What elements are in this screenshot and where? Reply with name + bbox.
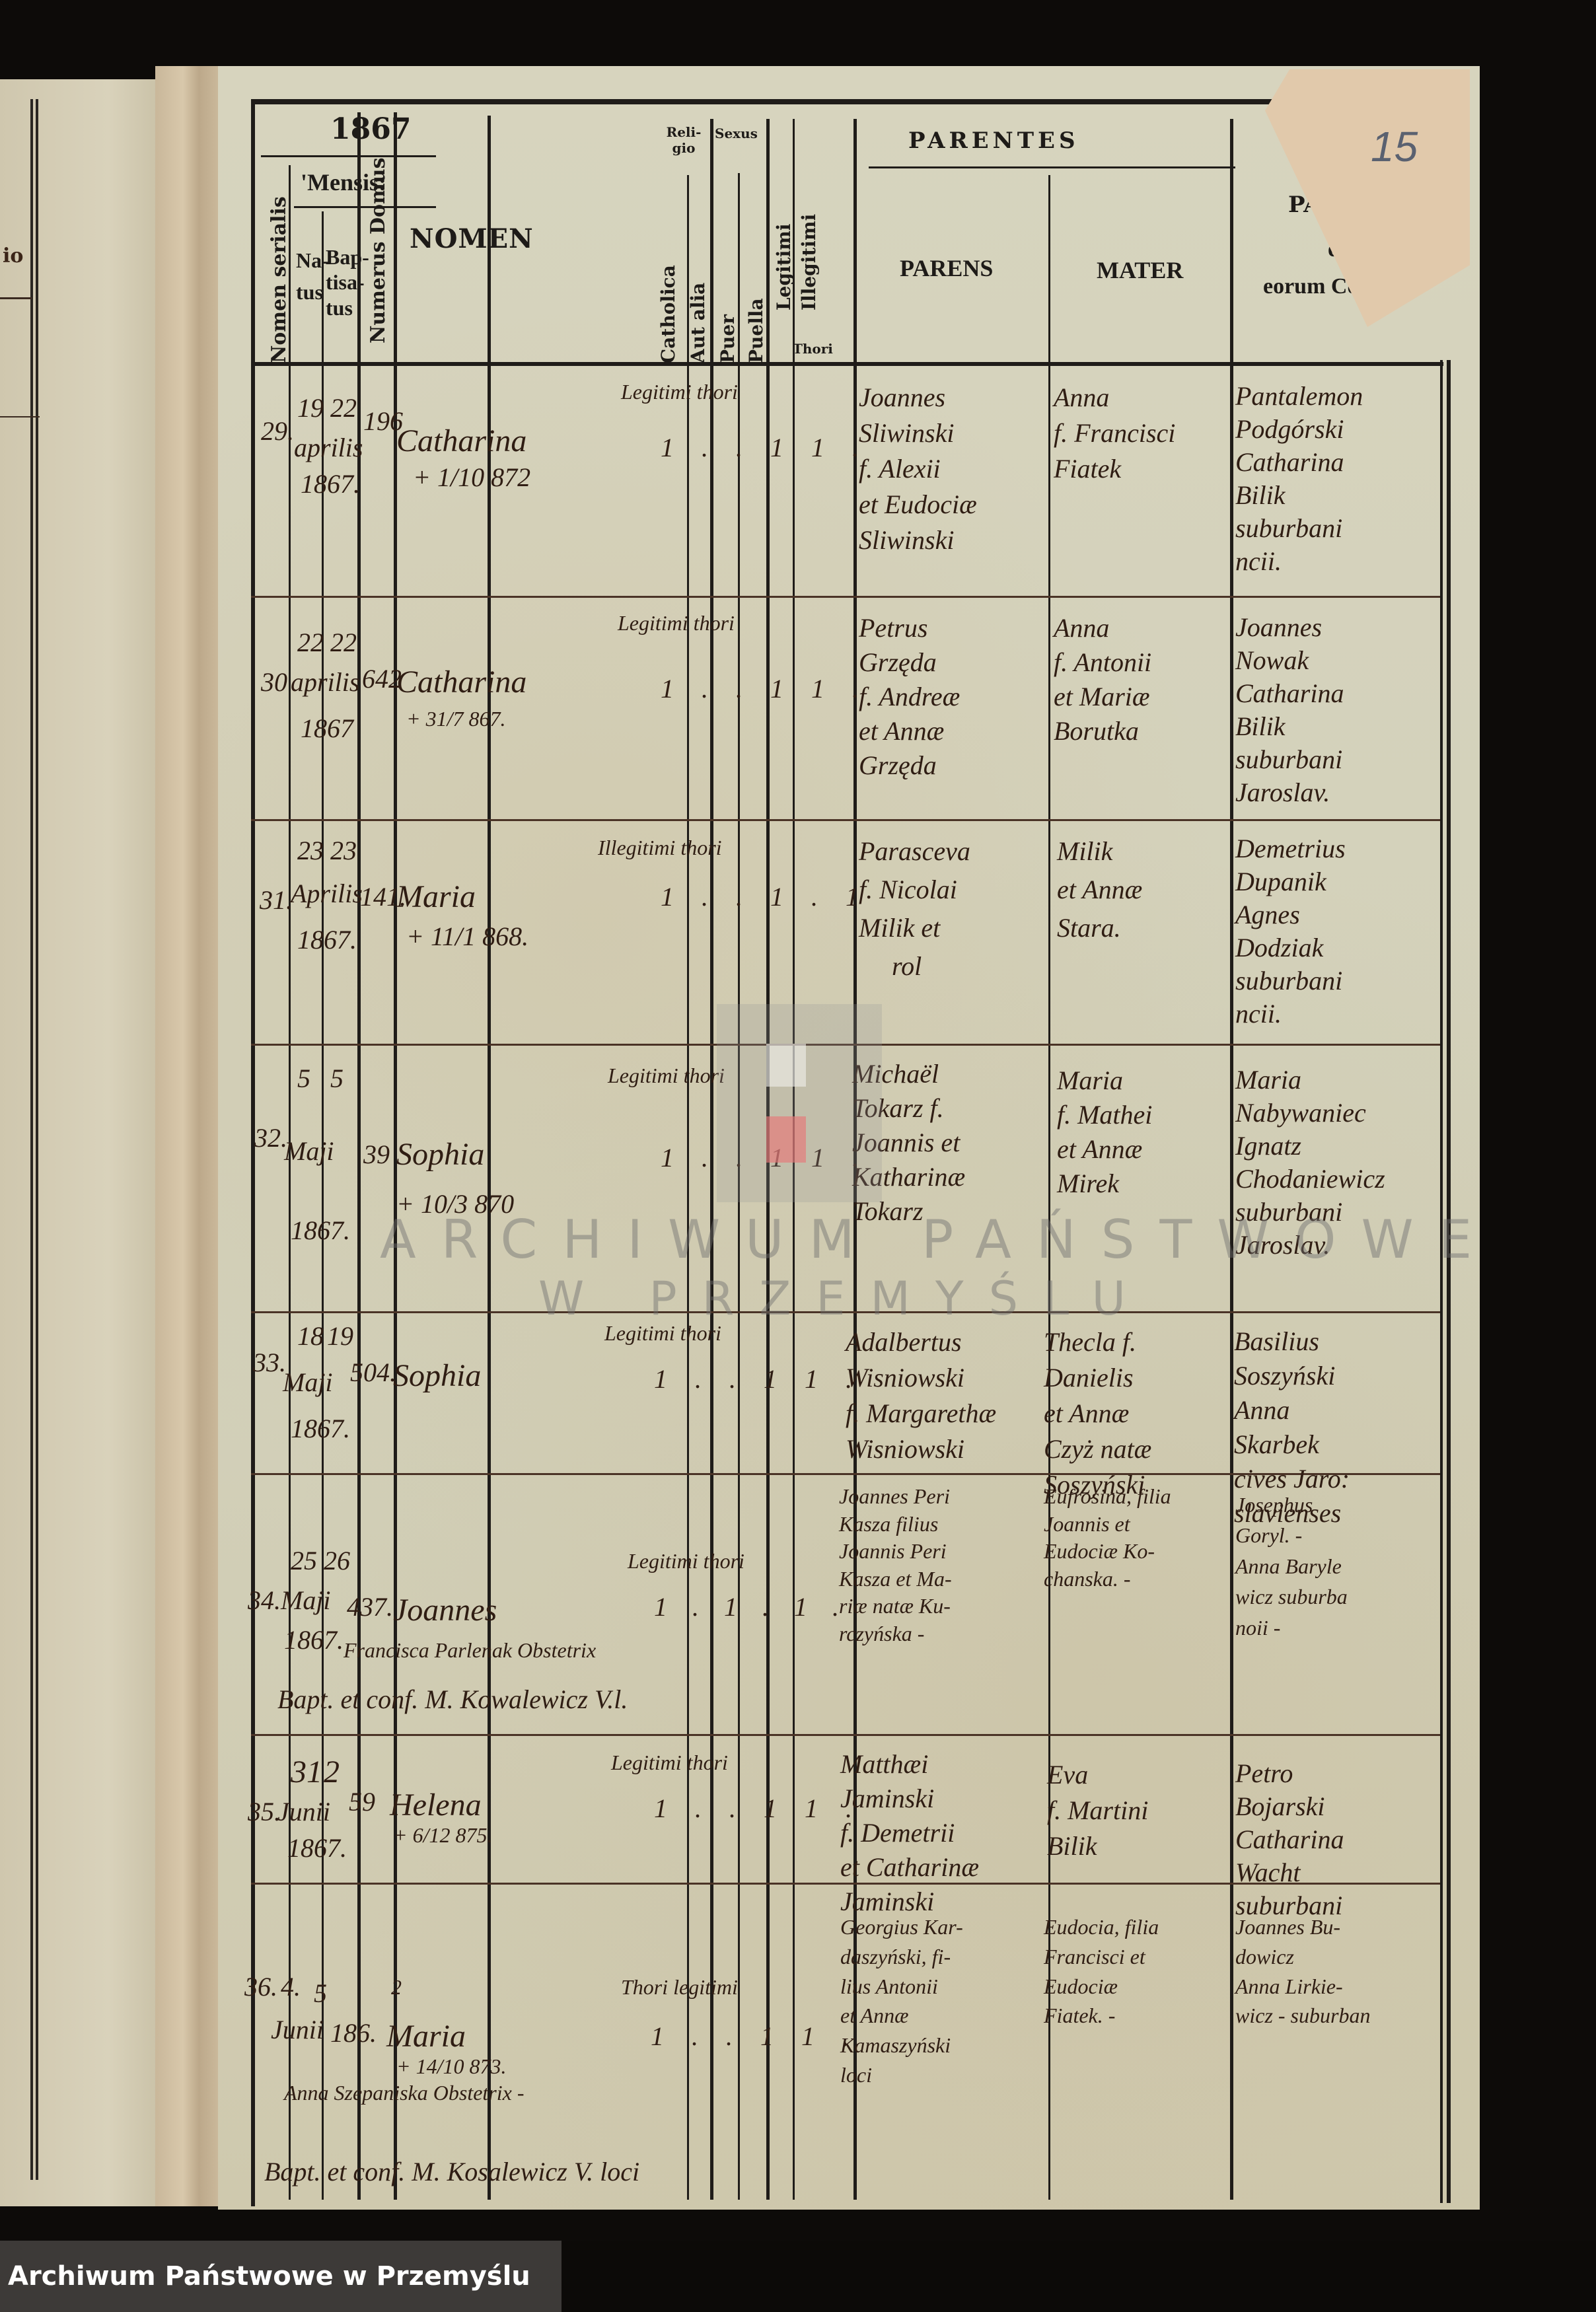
entry-death-note: + 6/12 875. (393, 1823, 492, 1848)
entry-year: 1867 (301, 713, 353, 744)
header-parentes: PARENTES (908, 127, 1079, 154)
parens-line: Wisniowski (846, 1360, 996, 1396)
entry-natus-day: 25 (291, 1546, 317, 1576)
entry-parens: Joannes Peri Kasza filius Joannis Peri K… (839, 1483, 952, 1648)
archive-footer-bar: Archiwum Państwowe w Przemyślu (0, 2241, 562, 2312)
header-mensis-rule (294, 206, 436, 208)
page-number: 15 (1371, 122, 1418, 171)
parens-line: daszyński, fi- (840, 1942, 963, 1972)
entry-serial: 30 (261, 667, 287, 698)
entry-mater: Eufrosina, filia Joannis et Eudociæ Ko- … (1044, 1483, 1171, 1593)
entry-baptism-note: Bapt. et conf. M. Kosalewicz V. loci (264, 2157, 639, 2187)
mater-line: Mirek (1057, 1167, 1152, 1201)
parens-line: Georgius Kar- (840, 1912, 963, 1942)
entry-marks: 1 . 1 . 1 . (654, 1592, 848, 1622)
col-rule (1230, 119, 1233, 2200)
entry-year: 1867. (297, 925, 357, 955)
mater-line: Fiatek (1054, 451, 1175, 487)
patrini-line: suburbani (1235, 964, 1346, 997)
entry-baptisatus-day: 5 (330, 1064, 344, 1094)
mater-line: Danielis (1044, 1360, 1151, 1396)
col-rule (687, 175, 689, 2200)
entry-domus: 642 (362, 664, 402, 694)
entry-death-note: + 31/7 867. (406, 707, 505, 731)
entry-marks: 1 . . 1 1 . (651, 2021, 859, 2052)
entry-serial: 34. (248, 1585, 281, 1616)
parens-line: et Annæ (840, 2001, 963, 2031)
patrini-line: Basilius (1234, 1324, 1350, 1359)
entry-thori: Legitimi thori (608, 1064, 725, 1088)
mater-line: Thecla f. (1044, 1324, 1151, 1360)
mater-line: et Annæ (1044, 1396, 1151, 1431)
header-nomen: NOMEN (410, 223, 534, 254)
entry-parens: Petrus Grzęda f. Andreæ et Annæ Grzęda (859, 611, 960, 783)
patrini-line: Maria (1235, 1064, 1385, 1097)
header-thori: Thori (793, 341, 833, 357)
row-separator (251, 1734, 1440, 1736)
watermark-logo-gray (717, 1004, 882, 1202)
patrini-line: wicz suburba (1235, 1581, 1348, 1612)
entry-serial: 29. (261, 416, 294, 447)
header-aut-alia: Aut alia (687, 258, 709, 363)
watermark-line-1: ARCHIWUM PAŃSTWOWE (380, 1209, 1497, 1270)
patrini-line: Soszyński (1234, 1359, 1350, 1393)
entry-parens: Adalbertus Wisniowski f. Margarethæ Wisn… (846, 1324, 996, 1467)
mater-line: f. Antonii (1054, 645, 1151, 680)
entry-marks: 1 . . 1 1 . (661, 433, 869, 463)
parens-line: Joannis Peri (839, 1538, 952, 1566)
entry-patrini: Petro Bojarski Catharina Wacht suburbani (1235, 1757, 1344, 1922)
entry-marks: 1 . . 1 1 . (661, 674, 869, 704)
patrini-line: Dupanik (1235, 865, 1346, 898)
parens-line: rczyńska - (839, 1620, 952, 1648)
parens-line: lius Antonii (840, 1972, 963, 2002)
patrini-line: Anna Lirkie- (1235, 1972, 1370, 2002)
mater-line: Eva (1047, 1757, 1148, 1793)
parens-line: Kasza et Ma- (839, 1566, 952, 1593)
watermark-logo-red (766, 1116, 806, 1163)
entry-parens: Parasceva f. Nicolai Milik et rol (859, 832, 970, 986)
entry-parens: Georgius Kar- daszyński, fi- lius Antoni… (840, 1912, 963, 2090)
patrini-line: Skarbek (1234, 1427, 1350, 1462)
parens-line: Sliwinski (859, 523, 977, 558)
entry-mater: Eudocia, filia Francisci et Eudociæ Fiat… (1044, 1912, 1159, 2031)
patrini-line: Dodziak (1235, 931, 1346, 964)
patrini-line: Wacht (1235, 1856, 1344, 1889)
patrini-line: Ignatz (1235, 1130, 1385, 1163)
mater-line: Fiatek. - (1044, 2001, 1159, 2031)
patrini-line: Jaroslav. (1235, 776, 1344, 809)
entry-natus-day: 19 (297, 393, 324, 423)
mater-line: et Annæ (1057, 871, 1142, 909)
entry-baptism-note: Bapt. et conf. M. Kowalewicz V.l. (277, 1684, 628, 1715)
patrini-line: dowicz (1235, 1942, 1370, 1972)
header-catholica: Catholica (657, 238, 679, 363)
parens-line: rol (859, 947, 970, 986)
patrini-line: Agnes (1235, 898, 1346, 931)
patrini-line: Anna Baryle (1235, 1551, 1348, 1581)
header-year-rule (261, 155, 436, 157)
header-legitimi: Legitimi (773, 198, 795, 310)
entry-nomen: Sophia (393, 1357, 481, 1394)
parens-line: riæ natæ Ku- (839, 1593, 952, 1620)
header-bottom-rule (254, 362, 1443, 366)
patrini-line: Petro (1235, 1757, 1344, 1790)
entry-year: 1867. (301, 469, 360, 499)
entry-thori: Thori legitimi (621, 1975, 738, 2000)
entry-serial: 35. (248, 1797, 281, 1827)
parens-line: Sliwinski (859, 415, 977, 451)
entry-death-note: + 11/1 868. (406, 921, 528, 952)
entry-mater: Milik et Annæ Stara. (1057, 832, 1142, 947)
parens-line: loci (840, 2060, 963, 2090)
mater-line: f. Francisci (1054, 415, 1175, 451)
entry-thori: Legitimi thori (618, 611, 735, 635)
mater-line: Maria (1057, 1064, 1152, 1098)
parens-line: Joannes (859, 380, 977, 415)
entry-midwife-note: Francisca Parlenak Obstetrix (344, 1638, 596, 1663)
entry-month: Maji (281, 1585, 331, 1616)
entry-mater: Thecla f. Danielis et Annæ Czyż natæ Sos… (1044, 1324, 1151, 1503)
header-puer: Puer (717, 297, 739, 363)
entry-death-note: + 14/10 873. (396, 2054, 506, 2079)
entry-marks: 1 . . 1 1 . (654, 1364, 863, 1394)
entry-serial: 32. (254, 1123, 287, 1153)
mater-line: Bilik (1047, 1828, 1148, 1864)
patrini-line: Demetrius (1235, 832, 1346, 865)
entry-death-note: + 1/10 872 (413, 462, 530, 493)
parens-line: f. Alexii (859, 451, 977, 487)
parens-line: Wisniowski (846, 1431, 996, 1467)
patrini-line: Bojarski (1235, 1790, 1344, 1823)
parens-line: Matthæi (840, 1747, 979, 1782)
mater-line: Francisci et (1044, 1942, 1159, 1972)
patrini-line: Joannes (1235, 611, 1344, 644)
entry-year: 1867. (284, 1625, 344, 1655)
header-mater: MATER (1097, 256, 1183, 284)
patrini-line: Anna (1234, 1393, 1350, 1427)
row-separator (251, 596, 1440, 598)
parens-line: Milik et (859, 909, 970, 947)
previous-page-header-fragment: io (3, 244, 23, 268)
patrini-line: ncii. (1235, 545, 1363, 578)
parens-line: f. Demetrii (840, 1816, 979, 1850)
header-numerus-domus: Numerus Domus (367, 145, 390, 343)
entry-baptisatus-day: 23 (330, 836, 357, 866)
parens-line: Jaminski (840, 1782, 979, 1816)
entry-thori: Legitimi thori (628, 1549, 744, 1573)
mater-line: f. Martini (1047, 1793, 1148, 1828)
patrini-line: Chodaniewicz (1235, 1163, 1385, 1196)
mater-line: Milik (1057, 832, 1142, 871)
header-religio: Reli- gio (661, 124, 707, 156)
parens-line: Grzęda (859, 748, 960, 783)
entry-month: Maji (284, 1136, 334, 1167)
patrini-line: Nowak (1235, 644, 1344, 677)
entry-thori: Legitimi thori (611, 1751, 728, 1775)
entry-domus: 504. (350, 1357, 396, 1388)
mater-line: chanska. - (1044, 1566, 1171, 1593)
entry-month: Maji (283, 1367, 333, 1398)
mater-line: Eudociæ Ko- (1044, 1538, 1171, 1566)
parens-line: Kamaszyński (840, 2031, 963, 2060)
entry-parens: Joannes Sliwinski f. Alexii et Eudociæ S… (859, 380, 977, 558)
entry-serial: 33. (253, 1348, 286, 1378)
entry-baptisatus-day: 5 (314, 1978, 327, 2009)
entry-nomen: Maria (396, 879, 476, 915)
parens-line: Parasceva (859, 832, 970, 871)
col-rule (357, 112, 361, 2200)
entry-month: aprilis (294, 433, 363, 463)
entry-year: 1867. (291, 1215, 350, 1246)
entry-natus-day: 31 (291, 1754, 322, 1790)
parens-line: Petrus (859, 611, 960, 645)
patrini-line: Podgórski (1235, 413, 1363, 446)
entry-month: Aprilis (291, 879, 363, 909)
entry-natus-day: 4. (281, 1972, 301, 2002)
mater-line: Borutka (1054, 714, 1151, 748)
patrini-line: Bilik (1235, 479, 1363, 512)
mater-line: Eudocia, filia (1044, 1912, 1159, 1942)
header-year: 1867 (330, 112, 411, 146)
parens-line: Joannes Peri (839, 1483, 952, 1511)
entry-patrini: Josephus Goryl. - Anna Baryle wicz subur… (1235, 1490, 1348, 1643)
entry-nomen: Catharina (396, 423, 526, 459)
entry-mater: Maria f. Mathei et Annæ Mirek (1057, 1064, 1152, 1201)
patrini-line: Pantalemon (1235, 380, 1363, 413)
entry-year: 1867. (287, 1833, 347, 1863)
previous-page-frame (0, 99, 38, 2180)
entry-baptisatus-day: 22 (330, 628, 357, 658)
mater-line: Eudociæ (1044, 1972, 1159, 2002)
entry-natus-day: 18 (297, 1321, 324, 1352)
parens-line: f. Margarethæ (846, 1396, 996, 1431)
parens-line: Grzęda (859, 645, 960, 680)
mater-line: Eufrosina, filia (1044, 1483, 1171, 1511)
entry-baptisatus-day: 22 (330, 393, 357, 423)
patrini-line: Catharina (1235, 677, 1344, 710)
entry-marks: 1 . . 1 . 1 (661, 882, 869, 912)
header-puella: Puella (745, 277, 767, 363)
table-frame-right-border (1440, 360, 1451, 2203)
entry-year: 1867. (291, 1414, 350, 1444)
patrini-line: ncii. (1235, 997, 1346, 1030)
entry-domus: 437. (347, 1592, 393, 1622)
col-rule (1048, 175, 1050, 2200)
patrini-line: wicz - suburban (1235, 2001, 1370, 2031)
entry-serial: 31. (260, 885, 293, 916)
header-nomen-serialis: Nomen serialis (268, 185, 291, 363)
previous-page-row-line (0, 416, 40, 417)
entry-nomen: Joannes (393, 1592, 497, 1628)
entry-month: Junii (271, 2015, 324, 2045)
entry-patrini: Joannes Bu- dowicz Anna Lirkie- wicz - s… (1235, 1912, 1370, 2031)
entry-natus-day: 23 (297, 836, 324, 866)
entry-patrini: Pantalemon Podgórski Catharina Bilik sub… (1235, 380, 1363, 578)
patrini-line: suburbani (1235, 512, 1363, 545)
header-parens: PARENS (900, 254, 993, 282)
entry-domus: 59 (349, 1787, 375, 1817)
header-parentes-rule (869, 166, 1235, 168)
entry-name-prefix: 2 (391, 1975, 402, 2000)
entry-nomen: Helena (390, 1787, 482, 1823)
mater-line: f. Mathei (1057, 1098, 1152, 1132)
archive-footer-label: Archiwum Państwowe w Przemyślu (8, 2261, 530, 2292)
row-separator (251, 819, 1440, 821)
patrini-line: Goryl. - (1235, 1520, 1348, 1550)
header-sexus: Sexus (715, 126, 758, 141)
entry-nomen: Catharina (396, 664, 526, 700)
patrini-line: Joannes Bu- (1235, 1912, 1370, 1942)
watermark-logo-white (766, 1044, 806, 1087)
scan-background (562, 2241, 1596, 2312)
entry-nomen: Maria (386, 2018, 466, 2054)
patrini-line: Josephus (1235, 1490, 1348, 1520)
entry-natus-day: 22 (297, 628, 324, 658)
mater-line: Anna (1054, 611, 1151, 645)
parens-line: Adalbertus (846, 1324, 996, 1360)
parens-line: et Catharinæ (840, 1850, 979, 1885)
entry-mater: Anna f. Francisci Fiatek (1054, 380, 1175, 487)
entry-month: Junii (277, 1797, 330, 1827)
patrini-line: Bilik (1235, 710, 1344, 743)
entry-thori: Legitimi thori (621, 380, 738, 404)
entry-serial: 36. (244, 1972, 277, 2002)
entry-baptisatus-day: 26 (324, 1546, 350, 1576)
previous-page-rule (0, 297, 32, 299)
parens-line: et Annæ (859, 714, 960, 748)
mater-line: Joannis et (1044, 1511, 1171, 1538)
entry-mater: Eva f. Martini Bilik (1047, 1757, 1148, 1864)
mater-line: Stara. (1057, 909, 1142, 947)
entry-thori: Illegitimi thori (598, 836, 722, 860)
entry-mater: Anna f. Antonii et Mariæ Borutka (1054, 611, 1151, 748)
entry-natus-day: 5 (297, 1064, 310, 1094)
patrini-line: noii - (1235, 1612, 1348, 1643)
entry-parens: Matthæi Jaminski f. Demetrii et Catharin… (840, 1747, 979, 1919)
mater-line: et Annæ (1057, 1132, 1152, 1167)
entry-domus: 39 (363, 1139, 390, 1170)
col-rule (289, 165, 291, 2200)
parens-line: et Eudociæ (859, 487, 977, 523)
mater-line: et Mariæ (1054, 680, 1151, 714)
mater-line: Anna (1054, 380, 1175, 415)
patrini-line: Nabywaniec (1235, 1097, 1385, 1130)
entry-nomen: Sophia (396, 1136, 484, 1173)
patrini-line: suburbani (1235, 743, 1344, 776)
entry-month: aprilis (291, 667, 359, 698)
entry-baptisatus-day: 2 (324, 1754, 340, 1790)
patrini-line: Catharina (1235, 1823, 1344, 1856)
watermark-line-2: W PRZEMYŚLU (538, 1272, 1151, 1326)
parens-line: Kasza filius (839, 1511, 952, 1538)
entry-baptisatus-day: 19 (327, 1321, 353, 1352)
col-rule (322, 211, 324, 2200)
entry-marks: 1 . . 1 1 . (654, 1793, 863, 1824)
entry-domus: 186. (330, 2018, 377, 2048)
parens-line: f. Nicolai (859, 871, 970, 909)
entry-patrini: Demetrius Dupanik Agnes Dodziak suburban… (1235, 832, 1346, 1030)
previous-page-sliver: io (0, 79, 155, 2206)
mater-line: Czyż natæ (1044, 1431, 1151, 1467)
header-illegitimi: Illegitimi (798, 178, 820, 310)
parens-line: f. Andreæ (859, 680, 960, 714)
entry-patrini: Joannes Nowak Catharina Bilik suburbani … (1235, 611, 1344, 809)
patrini-line: Catharina (1235, 446, 1363, 479)
entry-midwife-note: Anna Szepaniska Obstetrix - (284, 2081, 525, 2105)
